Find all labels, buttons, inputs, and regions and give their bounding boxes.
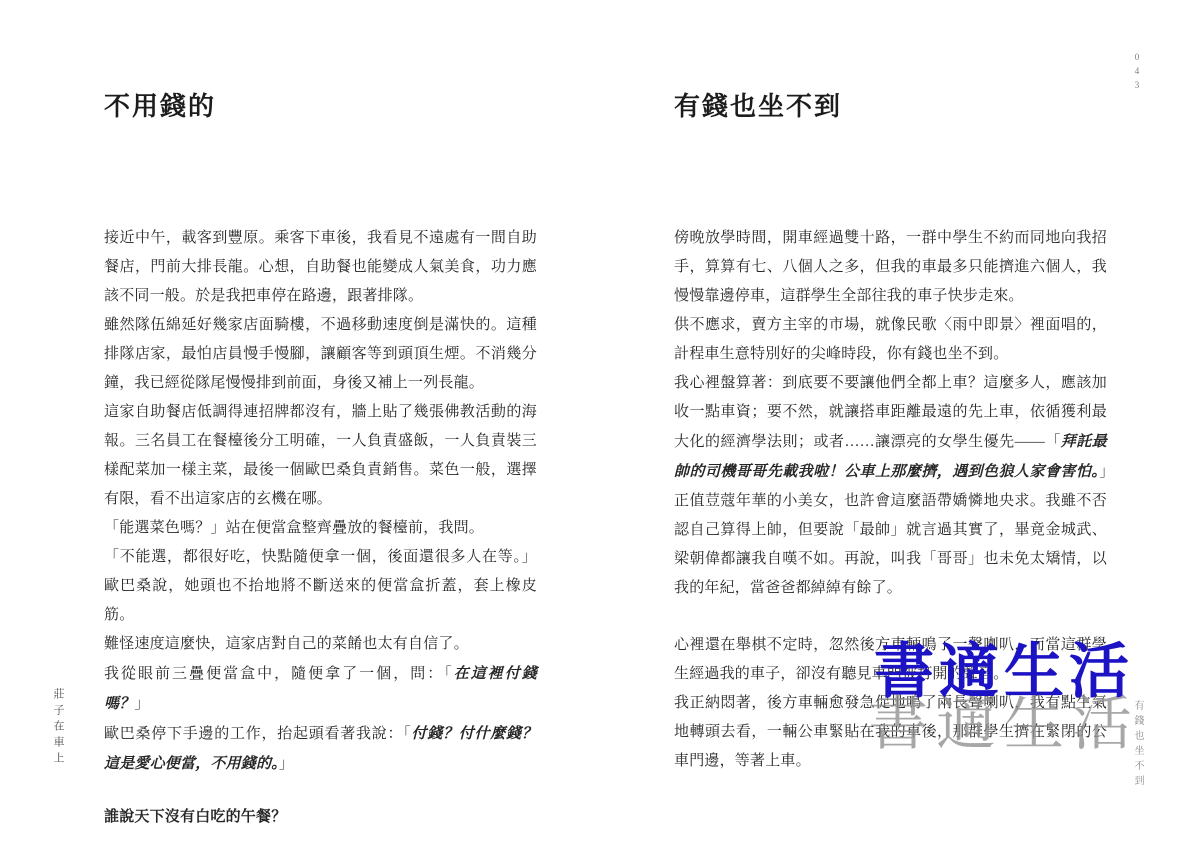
right-body-column: 傍晚放學時間，開車經過雙十路，一群中學生不約而同地向我招手，算算有七、八個人之多… — [674, 224, 1107, 776]
paragraph: 心裡還在舉棋不定時，忽然後方車輛鳴了一聲喇叭，而當這群學生經過我的車子，卻沒有聽… — [674, 631, 1107, 689]
paragraph: 我正納悶著，後方車輛愈發急促地鳴了兩長聲喇叭，我有點生氣地轉頭去看，一輛公車緊貼… — [674, 689, 1107, 776]
paragraph: 這家自助餐店低調得連招牌都沒有，牆上貼了幾張佛教活動的海報。三名員工在餐檯後分工… — [104, 398, 537, 514]
paragraph-dialogue: 歐巴桑停下手邊的工作，抬起頭看著我說：「付錢？付什麼錢？這是愛心便當，不用錢的。… — [104, 719, 537, 779]
left-body-column: 接近中午，載客到豐原。乘客下車後，我看見不遠處有一間自助餐店，門前大排長龍。心想… — [104, 224, 537, 832]
right-chapter-title: 有錢也坐不到 — [674, 86, 842, 123]
dialogue-narration: 我心裡盤算著：到底要不要讓他們全都上車？這麼多人，應該加收一點車資；要不然，就讓… — [674, 375, 1107, 450]
paragraph-dialogue: 我從眼前三疊便當盒中，隨便拿了一個，問：「在這裡付錢嗎？」 — [104, 659, 537, 719]
paragraph: 傍晚放學時間，開車經過雙十路，一群中學生不約而同地向我招手，算算有七、八個人之多… — [674, 224, 1107, 311]
paragraph: 供不應求，賣方主宰的市場，就像民歌〈雨中即景〉裡面唱的，計程車生意特別好的尖峰時… — [674, 311, 1107, 369]
paragraph: 接近中午，載客到豐原。乘客下車後，我看見不遠處有一間自助餐店，門前大排長龍。心想… — [104, 224, 537, 311]
spine-book-title: 莊子在車上 — [50, 688, 66, 768]
paragraph-dialogue: 我心裡盤算著：到底要不要讓他們全都上車？這麼多人，應該加收一點車資；要不然，就讓… — [674, 369, 1107, 603]
book-spread: 不用錢的 接近中午，載客到豐原。乘客下車後，我看見不遠處有一間自助餐店，門前大排… — [0, 0, 1200, 843]
paragraph: 「能選菜色嗎？」站在便當盒整齊疊放的餐檯前，我問。 — [104, 514, 537, 543]
paragraph: 「不能選，都很好吃，快點隨便拿一個，後面還很多人在等。」歐巴桑說，她頭也不抬地將… — [104, 543, 537, 630]
dialogue-narration: 歐巴桑停下手邊的工作，抬起頭看著我說：「 — [104, 726, 412, 742]
closing-question: 誰說天下沒有白吃的午餐？ — [104, 803, 537, 832]
margin-chapter-title: 有錢也坐不到 — [1130, 700, 1145, 790]
dialogue-narration: 」正值荳蔻年華的小美女，也許會這麼語帶嬌憐地央求。我雖不否認自己算得上帥，但要說… — [674, 464, 1107, 596]
dialogue-close: 」 — [134, 696, 149, 712]
dialogue-narration: 我從眼前三疊便當盒中，隨便拿了一個，問：「 — [104, 666, 454, 682]
left-chapter-title: 不用錢的 — [104, 86, 216, 123]
paragraph: 雖然隊伍綿延好幾家店面騎樓，不過移動速度倒是滿快的。這種排隊店家，最怕店員慢手慢… — [104, 311, 537, 398]
dialogue-close: 」 — [279, 756, 294, 772]
page-number: 043 — [1132, 52, 1142, 94]
paragraph: 難怪速度這麼快，這家店對自己的菜餚也太有自信了。 — [104, 630, 537, 659]
